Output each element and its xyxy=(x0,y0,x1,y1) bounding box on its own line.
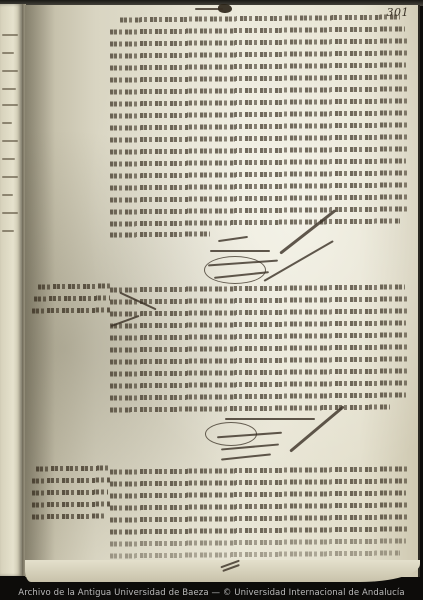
facing-page-script xyxy=(2,158,15,160)
handwritten-line xyxy=(32,306,110,316)
signature-stroke xyxy=(210,250,270,252)
facing-page-script xyxy=(2,122,12,124)
handwritten-line xyxy=(32,512,104,522)
signature-block-2 xyxy=(205,408,365,468)
facing-page-script xyxy=(2,104,18,106)
facing-page-script xyxy=(2,140,18,142)
facing-page-script xyxy=(2,88,16,90)
handwritten-line xyxy=(32,476,110,486)
handwritten-line xyxy=(32,500,110,510)
rubric-flourish xyxy=(289,405,344,452)
ink-stroke xyxy=(195,8,223,10)
handwritten-line xyxy=(38,282,110,292)
handwritten-line xyxy=(34,294,110,304)
facing-page-script xyxy=(2,70,18,72)
facing-page-script xyxy=(2,194,13,196)
handwritten-line xyxy=(110,229,210,239)
facing-page-edge xyxy=(0,4,22,576)
signature-stroke xyxy=(225,418,315,420)
handwritten-line xyxy=(32,488,108,498)
facing-page-script xyxy=(2,52,14,54)
signature-flourish xyxy=(204,256,266,284)
facing-page-script xyxy=(2,230,14,232)
archive-watermark: Archivo de la Antigua Universidad de Bae… xyxy=(0,588,423,598)
signature-stroke xyxy=(218,236,248,242)
facing-page-script xyxy=(2,176,18,178)
signature-stroke xyxy=(221,453,271,460)
handwritten-line xyxy=(36,464,110,474)
facing-page-script xyxy=(2,34,18,36)
facing-page-script xyxy=(2,212,18,214)
